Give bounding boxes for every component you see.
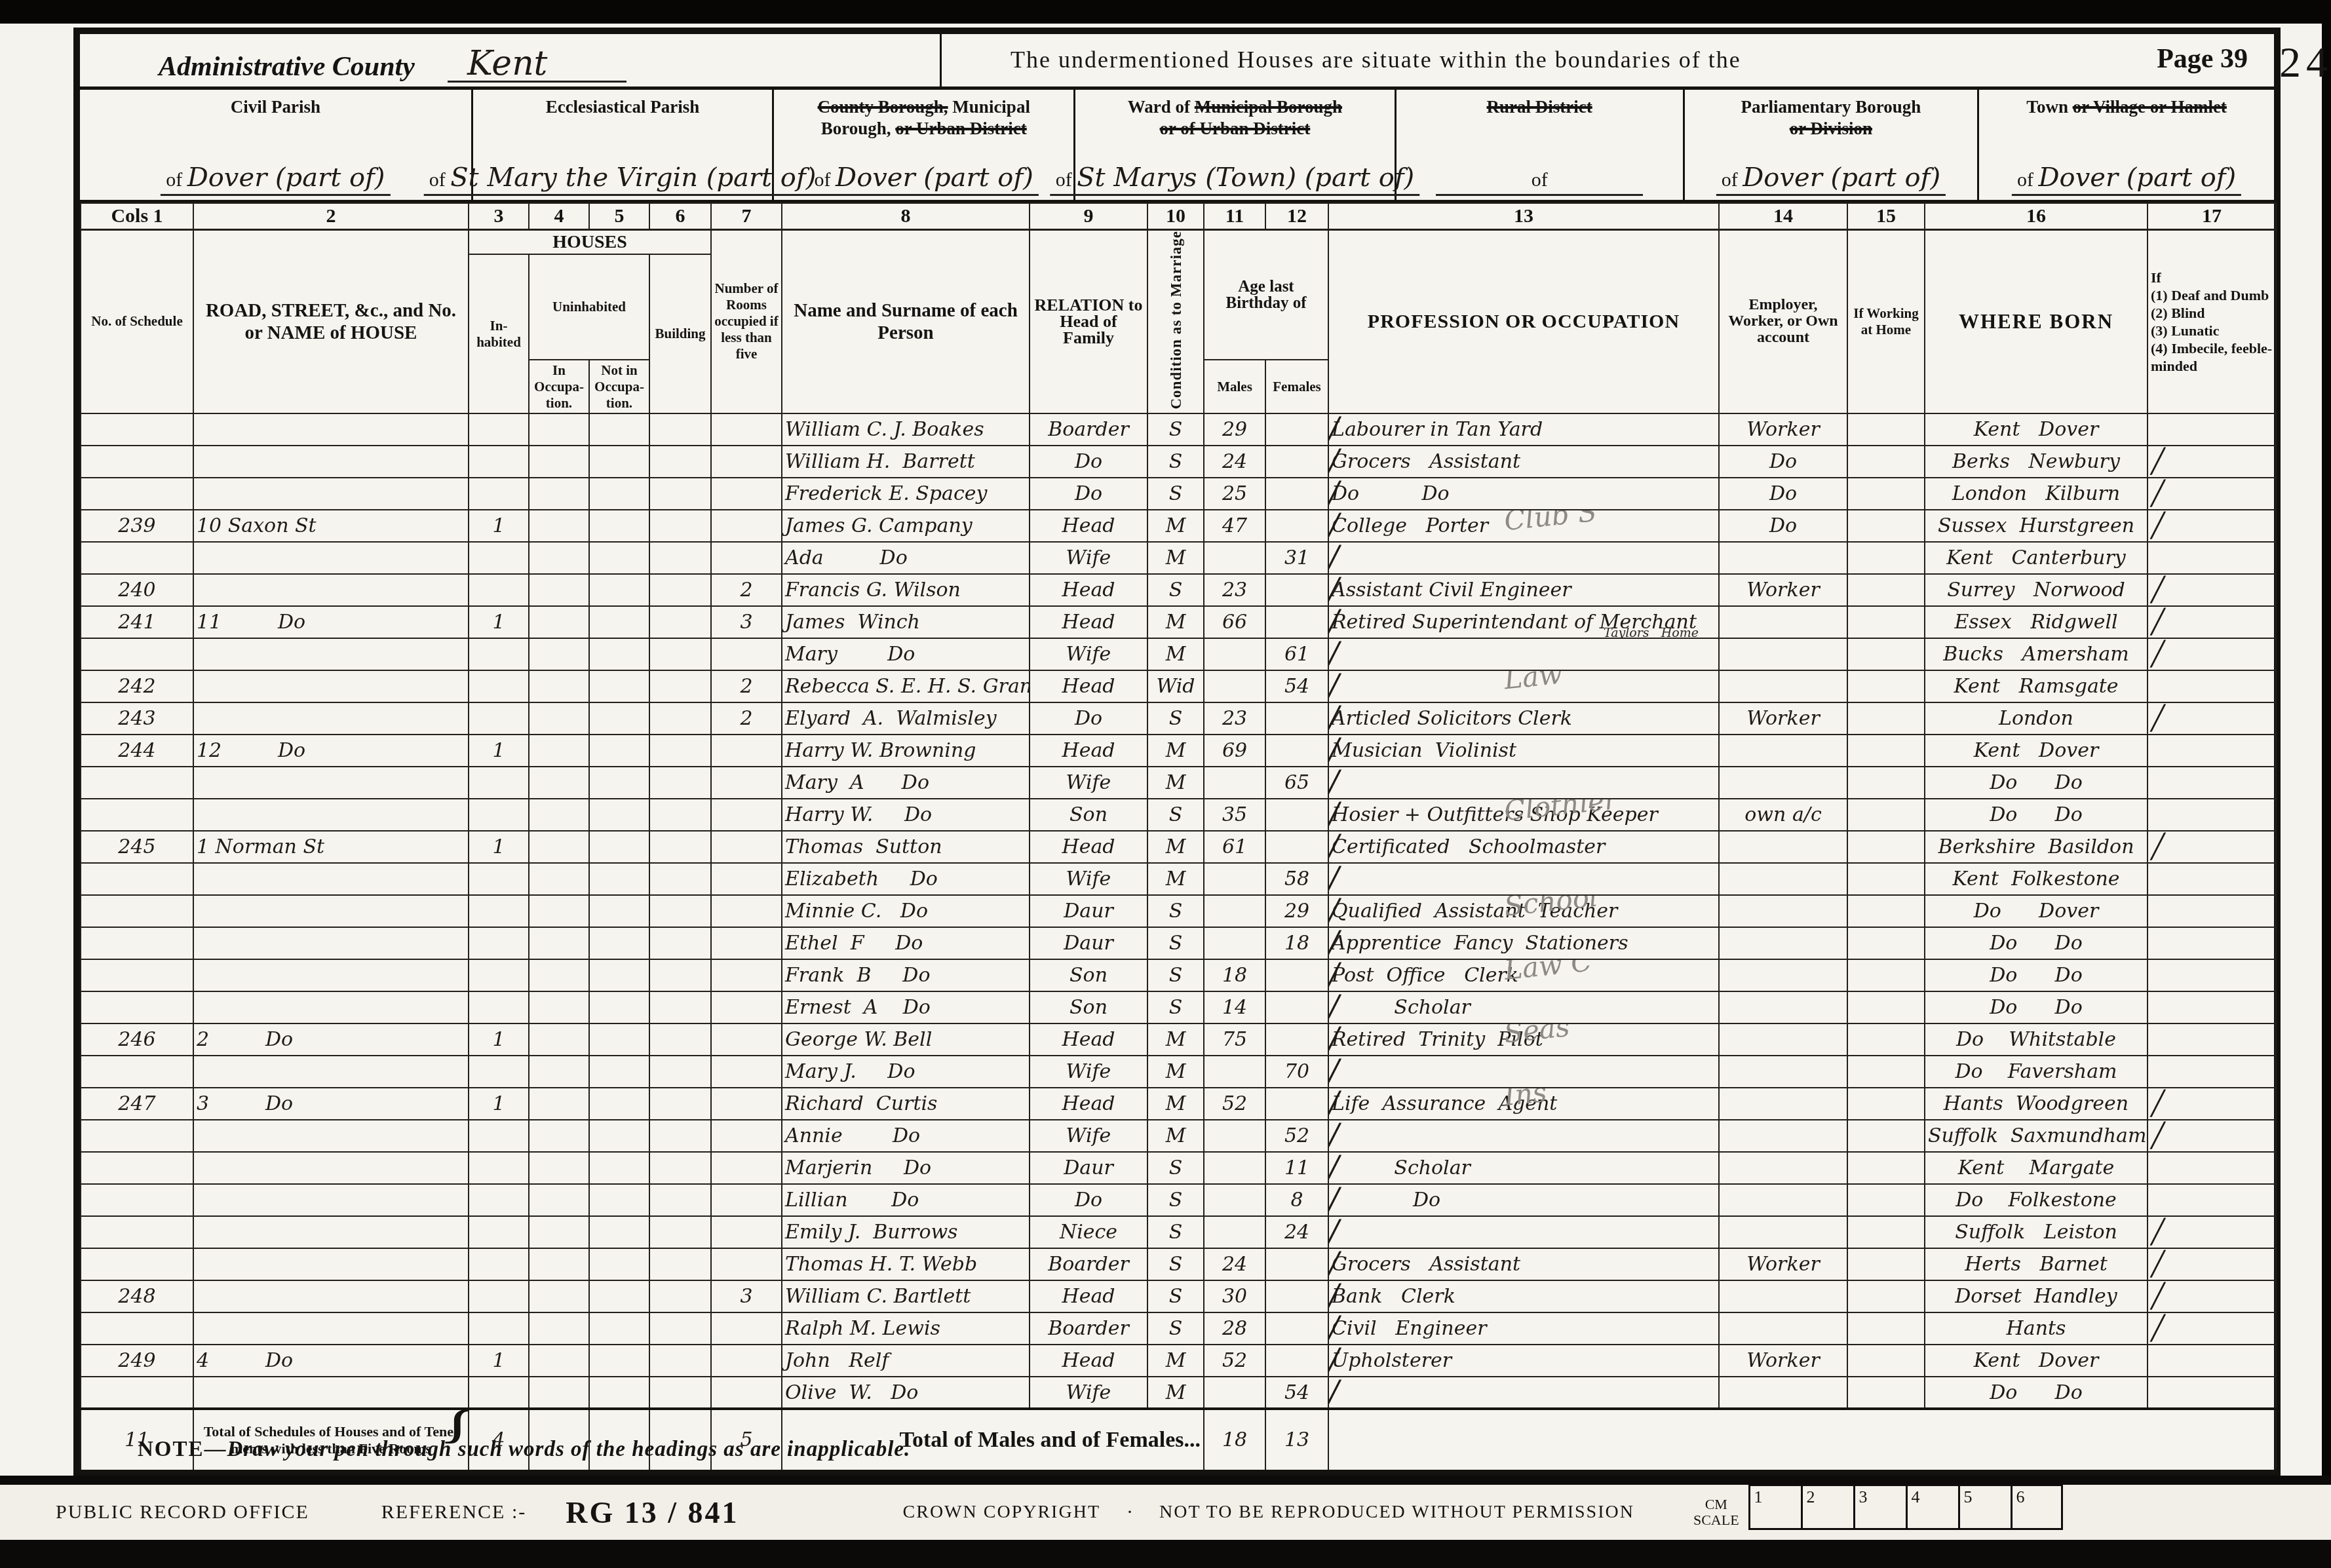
cell-inhabited: [469, 767, 529, 799]
cell-condition: S: [1147, 1184, 1204, 1216]
cell-road: [193, 1280, 469, 1312]
household-separator-mark: ╲╲: [777, 542, 782, 571]
cell-schedule: 244: [81, 735, 193, 767]
cell-profession: Retired Trinity PilotSeas: [1328, 1023, 1719, 1056]
cell-inhabited: [469, 702, 529, 735]
cell-profession: [1328, 1120, 1719, 1152]
cell-name: Francis G. Wilson: [782, 574, 1030, 606]
admin-county-value: Kent: [448, 47, 626, 83]
col-num-1: Cols 1: [81, 203, 193, 229]
cell-infirmity: ╱: [2148, 1280, 2276, 1312]
table-row: Frank B DoSonS18Post Office ClerkLaw CDo…: [81, 959, 2276, 991]
county-borough-box: County Borough, Municipal Borough, or Ur…: [774, 90, 1075, 200]
ecclesiastical-parish-label: Ecclesiastical Parish: [546, 97, 700, 117]
cell-rooms: [711, 927, 782, 959]
household-separator-mark: ╲╲: [777, 1056, 782, 1084]
cell-rooms: ╲╲: [711, 799, 782, 831]
cell-profession: Upholsterer: [1328, 1345, 1719, 1377]
cell-schedule: [81, 478, 193, 510]
cell-building: [649, 1377, 711, 1409]
cell-infirmity: ╱: [2148, 446, 2276, 478]
cell-in-occupation: [529, 735, 589, 767]
ecclesiastical-parish-box: Ecclesiastical Parish of St Mary the Vir…: [473, 90, 775, 200]
column-header-condition: Condition as to Marriage: [1147, 229, 1204, 413]
brace-glyph: }: [438, 1409, 469, 1415]
cell-born: Do Do: [1925, 767, 2148, 799]
household-separator-mark: ╲╲: [777, 799, 782, 828]
cell-home: [1847, 991, 1925, 1023]
cell-not-in-occupation: [589, 1023, 649, 1056]
cell-infirmity: [2148, 413, 2276, 446]
column-header-road: ROAD, STREET, &c., and No. or NAME of HO…: [193, 229, 469, 413]
cell-schedule: [81, 638, 193, 670]
cell-age-females: 18: [1265, 927, 1328, 959]
cell-infirmity: ╱: [2148, 1216, 2276, 1248]
cell-infirmity: [2148, 1056, 2276, 1088]
cell-name: Marjerin Do: [782, 1152, 1030, 1184]
cell-inhabited: [469, 1248, 529, 1280]
cell-age-females: [1265, 574, 1328, 606]
cell-rooms: ╲╲: [711, 1056, 782, 1088]
cell-inhabited: [469, 1184, 529, 1216]
cell-employer: [1719, 542, 1847, 574]
cell-age-females: 58: [1265, 863, 1328, 895]
cell-employer: [1719, 670, 1847, 702]
cell-building: [649, 413, 711, 446]
cell-home: [1847, 767, 1925, 799]
cell-name: Mary J. Do: [782, 1056, 1030, 1088]
cell-infirmity: ╱: [2148, 831, 2276, 863]
column-header-females: Females: [1265, 360, 1328, 413]
cell-employer: Do: [1719, 478, 1847, 510]
rural-district-label: Rural District: [1397, 96, 1683, 118]
cell-not-in-occupation: [589, 413, 649, 446]
cell-inhabited: [469, 1056, 529, 1088]
cell-name: Olive W. Do: [782, 1377, 1030, 1409]
cell-condition: M: [1147, 831, 1204, 863]
cell-inhabited: [469, 1280, 529, 1312]
cell-inhabited: [469, 446, 529, 478]
cell-profession: [1328, 638, 1719, 670]
cell-in-occupation: [529, 1248, 589, 1280]
cell-name: Mary Do: [782, 638, 1030, 670]
cell-born: Kent Ramsgate: [1925, 670, 2148, 702]
cell-employer: [1719, 927, 1847, 959]
cell-building: [649, 1248, 711, 1280]
cell-schedule: 247: [81, 1088, 193, 1120]
cell-condition: S: [1147, 1152, 1204, 1184]
cell-condition: S: [1147, 991, 1204, 1023]
table-row: 2402╲╲Francis G. WilsonHeadS23Assistant …: [81, 574, 2276, 606]
cell-not-in-occupation: [589, 959, 649, 991]
civil-parish-label: Civil Parish: [231, 97, 320, 117]
cell-relation: Daur: [1030, 895, 1147, 927]
cell-rooms: [711, 446, 782, 478]
cell-profession: Grocers Assistant: [1328, 446, 1719, 478]
table-row: Mary A DoWifeM65Do Do: [81, 767, 2276, 799]
cell-schedule: [81, 959, 193, 991]
col-num-9: 9: [1030, 203, 1147, 229]
cell-condition: M: [1147, 638, 1204, 670]
cell-age-males: 24: [1204, 1248, 1265, 1280]
cell-building: [649, 1345, 711, 1377]
table-row: ╲╲Ada DoWifeM31Kent Canterbury: [81, 542, 2276, 574]
cell-employer: [1719, 606, 1847, 638]
cell-in-occupation: [529, 413, 589, 446]
cell-building: [649, 510, 711, 542]
cell-road: [193, 638, 469, 670]
cell-in-occupation: [529, 670, 589, 702]
cell-age-females: 54: [1265, 1377, 1328, 1409]
cell-schedule: [81, 799, 193, 831]
table-row: ╲╲Mary DoWifeM61Bucks Amersham╱: [81, 638, 2276, 670]
cell-age-males: 52: [1204, 1088, 1265, 1120]
cell-employer: [1719, 1184, 1847, 1216]
cell-employer: [1719, 1312, 1847, 1345]
cell-home: [1847, 446, 1925, 478]
cell-rooms: [711, 831, 782, 863]
cell-born: London: [1925, 702, 2148, 735]
cell-schedule: [81, 542, 193, 574]
cell-home: [1847, 799, 1925, 831]
cell-age-females: 70: [1265, 1056, 1328, 1088]
cell-age-males: [1204, 1216, 1265, 1248]
cell-schedule: 240: [81, 574, 193, 606]
cell-born: Suffolk Saxmundham: [1925, 1120, 2148, 1152]
col-num-4: 4: [529, 203, 589, 229]
col-num-7: 7: [711, 203, 782, 229]
cell-profession: Musician Violinist: [1328, 735, 1719, 767]
cell-born: Bucks Amersham: [1925, 638, 2148, 670]
cell-age-males: 35: [1204, 799, 1265, 831]
cell-employer: [1719, 1120, 1847, 1152]
cell-inhabited: [469, 638, 529, 670]
separator-dot: ·: [1127, 1501, 1133, 1523]
footnote: NOTE—Draw your pen through such words of…: [138, 1438, 910, 1462]
cell-born: Berkshire Basildon: [1925, 831, 2148, 863]
cell-born: Kent Folkestone: [1925, 863, 2148, 895]
cell-building: [649, 702, 711, 735]
cell-building: [649, 927, 711, 959]
cell-employer: [1719, 1216, 1847, 1248]
cell-not-in-occupation: [589, 510, 649, 542]
table-row: 23910 Saxon St1James G. CampanyHeadM47Co…: [81, 510, 2276, 542]
cell-condition: S: [1147, 1312, 1204, 1345]
household-separator-mark: ╲╲: [777, 638, 782, 667]
cell-in-occupation: [529, 863, 589, 895]
cell-not-in-occupation: [589, 1152, 649, 1184]
cell-in-occupation: [529, 446, 589, 478]
cell-building: [649, 1088, 711, 1120]
col-num-16: 16: [1925, 203, 2148, 229]
cell-in-occupation: [529, 1152, 589, 1184]
cell-profession: Life Assurance AgentIns: [1328, 1088, 1719, 1120]
cell-rooms: ╲╲: [711, 1312, 782, 1345]
cell-infirmity: [2148, 735, 2276, 767]
cell-in-occupation: [529, 1120, 589, 1152]
cell-road: [193, 959, 469, 991]
cell-building: [649, 1056, 711, 1088]
cell-home: [1847, 542, 1925, 574]
archive-footer-content: PUBLIC RECORD OFFICE REFERENCE :- RG 13 …: [0, 1487, 2331, 1537]
cell-relation: Wife: [1030, 1056, 1147, 1088]
cell-age-males: [1204, 670, 1265, 702]
cell-road: [193, 574, 469, 606]
cell-born: Dorset Handley: [1925, 1280, 2148, 1312]
cell-age-females: [1265, 1280, 1328, 1312]
cell-infirmity: [2148, 959, 2276, 991]
cell-age-males: 23: [1204, 574, 1265, 606]
cell-name: Minnie C. Do: [782, 895, 1030, 927]
table-row: Emily J. BurrowsNieceS24Suffolk Leiston╱: [81, 1216, 2276, 1248]
cell-in-occupation: [529, 1216, 589, 1248]
cell-employer: Worker: [1719, 1345, 1847, 1377]
cell-employer: [1719, 1377, 1847, 1409]
cell-not-in-occupation: [589, 1216, 649, 1248]
ecclesiastical-parish-value: of St Mary the Virgin (part of): [424, 163, 822, 196]
cell-schedule: [81, 1312, 193, 1345]
cell-profession: Apprentice Fancy Stationers: [1328, 927, 1719, 959]
table-row: Annie DoWifeM52Suffolk Saxmundham╱: [81, 1120, 2276, 1152]
cell-employer: [1719, 991, 1847, 1023]
cell-age-males: [1204, 927, 1265, 959]
cell-age-males: 23: [1204, 702, 1265, 735]
cell-schedule: 249: [81, 1345, 193, 1377]
cell-in-occupation: [529, 1280, 589, 1312]
cell-age-females: [1265, 1248, 1328, 1280]
rural-district-box: Rural District of: [1397, 90, 1685, 200]
cell-rooms: ╲╲: [711, 478, 782, 510]
cell-rooms: ╲╲: [711, 638, 782, 670]
cell-not-in-occupation: [589, 863, 649, 895]
cell-relation: Wife: [1030, 1377, 1147, 1409]
cell-born: Essex Ridgwell: [1925, 606, 2148, 638]
cell-road: [193, 991, 469, 1023]
cell-inhabited: [469, 1216, 529, 1248]
census-table: Cols 1 2 3 4 5 6 7 8 9 10 11 12 13 14 15…: [80, 202, 2277, 1474]
cell-inhabited: 1: [469, 510, 529, 542]
column-header-in-occupation: In Occupa-tion.: [529, 360, 589, 413]
cell-rooms: [711, 895, 782, 927]
column-header-uninhabited: Uninhabited: [529, 254, 649, 360]
cell-age-females: [1265, 413, 1328, 446]
cell-home: [1847, 1023, 1925, 1056]
cell-building: [649, 1120, 711, 1152]
cell-relation: Do: [1030, 446, 1147, 478]
cell-in-occupation: [529, 831, 589, 863]
census-form: Administrative County Kent The underment…: [73, 28, 2281, 1480]
cell-home: [1847, 1088, 1925, 1120]
column-header-inhabited: In-habited: [469, 254, 529, 413]
cell-building: [649, 1312, 711, 1345]
cell-age-females: [1265, 510, 1328, 542]
record-office-label: PUBLIC RECORD OFFICE: [56, 1501, 309, 1523]
cell-in-occupation: [529, 478, 589, 510]
cell-infirmity: [2148, 799, 2276, 831]
cell-road: 12 Do: [193, 735, 469, 767]
table-row: ╲╲Mary J. DoWifeM70Do Faversham: [81, 1056, 2276, 1088]
cell-condition: M: [1147, 1377, 1204, 1409]
cell-age-males: [1204, 1056, 1265, 1088]
cell-condition: M: [1147, 735, 1204, 767]
cell-profession: Hosier + Outfitters Shop KeeperClothier: [1328, 799, 1719, 831]
census-table-header: Cols 1 2 3 4 5 6 7 8 9 10 11 12 13 14 15…: [81, 203, 2276, 413]
cell-not-in-occupation: [589, 1248, 649, 1280]
cell-employer: Worker: [1719, 574, 1847, 606]
cell-relation: Head: [1030, 1088, 1147, 1120]
cell-inhabited: [469, 1312, 529, 1345]
cell-infirmity: ╱: [2148, 638, 2276, 670]
cell-total-females: 13: [1265, 1409, 1328, 1472]
cell-relation: Do: [1030, 478, 1147, 510]
cell-relation: Wife: [1030, 863, 1147, 895]
cell-born: Kent Canterbury: [1925, 542, 2148, 574]
cell-building: [649, 478, 711, 510]
cell-schedule: [81, 1184, 193, 1216]
cell-road: [193, 1216, 469, 1248]
cell-name: William C. J. Boakes: [782, 413, 1030, 446]
cell-road: 10 Saxon St: [193, 510, 469, 542]
cell-road: [193, 413, 469, 446]
cell-home: [1847, 863, 1925, 895]
cell-not-in-occupation: [589, 767, 649, 799]
cell-condition: S: [1147, 1248, 1204, 1280]
cell-condition: S: [1147, 478, 1204, 510]
civil-parish-value: of Dover (part of): [161, 163, 390, 196]
cell-infirmity: [2148, 1345, 2276, 1377]
column-header-not-in-occupation: Not in Occupa-tion.: [589, 360, 649, 413]
cell-building: [649, 895, 711, 927]
cell-born: Berks Newbury: [1925, 446, 2148, 478]
cell-profession: Articled Solicitors Clerk: [1328, 702, 1719, 735]
cell-home: [1847, 1345, 1925, 1377]
cell-road: 4 Do: [193, 1345, 469, 1377]
cell-building: [649, 670, 711, 702]
cell-not-in-occupation: [589, 638, 649, 670]
cell-condition: M: [1147, 863, 1204, 895]
cell-relation: Head: [1030, 606, 1147, 638]
cell-employer: Worker: [1719, 702, 1847, 735]
divider-line: [0, 1476, 2331, 1485]
reference-number: RG 13 / 841: [566, 1495, 739, 1530]
scale-mark: 6: [2011, 1484, 2063, 1530]
cell-name: Harry W. Browning: [782, 735, 1030, 767]
cell-name: Ethel F Do: [782, 927, 1030, 959]
cell-rooms: ╲╲: [711, 991, 782, 1023]
column-headers-row: No. of Schedule ROAD, STREET, &c., and N…: [81, 229, 2276, 254]
cell-condition: M: [1147, 767, 1204, 799]
cell-age-males: 30: [1204, 1280, 1265, 1312]
cell-age-females: [1265, 735, 1328, 767]
cell-in-occupation: [529, 702, 589, 735]
column-header-profession: PROFESSION OR OCCUPATION: [1328, 229, 1719, 413]
cell-not-in-occupation: [589, 702, 649, 735]
cell-in-occupation: [529, 1345, 589, 1377]
cell-building: [649, 1152, 711, 1184]
cell-relation: Wife: [1030, 542, 1147, 574]
rural-district-value: of: [1436, 163, 1643, 196]
cell-employer: [1719, 735, 1847, 767]
parliamentary-borough-box: Parliamentary Borough or Division of Dov…: [1685, 90, 1980, 200]
cell-age-females: [1265, 1023, 1328, 1056]
col-num-3: 3: [469, 203, 529, 229]
column-header-infirmity: If (1) Deaf and Dumb (2) Blind (3) Lunat…: [2148, 229, 2276, 413]
cell-not-in-occupation: [589, 1312, 649, 1345]
cell-condition: S: [1147, 927, 1204, 959]
cell-employer: Do: [1719, 510, 1847, 542]
col-num-6: 6: [649, 203, 711, 229]
cell-profession: [1328, 1377, 1719, 1409]
cell-name: Ernest A Do: [782, 991, 1030, 1023]
cell-not-in-occupation: [589, 606, 649, 638]
household-separator-mark: ╲╲: [777, 478, 782, 507]
cell-building: [649, 735, 711, 767]
cell-age-males: 14: [1204, 991, 1265, 1023]
cell-infirmity: ╱: [2148, 478, 2276, 510]
cell-home: [1847, 478, 1925, 510]
column-header-name: Name and Surname of each Person: [782, 229, 1030, 413]
cell-home: [1847, 638, 1925, 670]
cell-schedule: 246: [81, 1023, 193, 1056]
household-separator-mark: ╲╲: [777, 991, 782, 1020]
cell-inhabited: [469, 895, 529, 927]
cell-infirmity: [2148, 767, 2276, 799]
cell-rooms: [711, 959, 782, 991]
cell-condition: S: [1147, 799, 1204, 831]
cell-age-females: 31: [1265, 542, 1328, 574]
cell-inhabited: [469, 670, 529, 702]
cm-scale-label: CM SCALE: [1693, 1497, 1739, 1528]
cell-name: Elyard A. Walmisley: [782, 702, 1030, 735]
cell-relation: Son: [1030, 991, 1147, 1023]
cell-inhabited: [469, 542, 529, 574]
cell-road: [193, 478, 469, 510]
cell-inhabited: 1: [469, 1345, 529, 1377]
civil-parish-box: Civil Parish of Dover (part of): [80, 90, 473, 200]
cell-road: [193, 863, 469, 895]
cell-road: [193, 799, 469, 831]
household-separator-mark: ╲╲: [777, 1248, 782, 1277]
cell-schedule: [81, 413, 193, 446]
cell-in-occupation: [529, 542, 589, 574]
cell-relation: Head: [1030, 831, 1147, 863]
cell-profession: Scholar: [1328, 991, 1719, 1023]
cell-name: Lillian Do: [782, 1184, 1030, 1216]
cell-schedule: [81, 446, 193, 478]
cell-infirmity: ╱: [2148, 574, 2276, 606]
cell-age-males: 28: [1204, 1312, 1265, 1345]
cell-relation: Boarder: [1030, 1312, 1147, 1345]
cell-age-females: 11: [1265, 1152, 1328, 1184]
cell-not-in-occupation: [589, 991, 649, 1023]
cell-condition: M: [1147, 542, 1204, 574]
cell-in-occupation: [529, 959, 589, 991]
cell-schedule: [81, 1120, 193, 1152]
cell-age-males: [1204, 895, 1265, 927]
cell-home: [1847, 1184, 1925, 1216]
cell-rooms: 2╲╲: [711, 670, 782, 702]
reference-label: REFERENCE :-: [381, 1501, 527, 1523]
cell-relation: Head: [1030, 510, 1147, 542]
col-num-15: 15: [1847, 203, 1925, 229]
household-separator-mark: ╲╲: [777, 670, 782, 699]
cell-home: [1847, 831, 1925, 863]
admin-county-box: Administrative County Kent: [80, 34, 942, 86]
cell-profession: Do: [1328, 1184, 1719, 1216]
cell-condition: S: [1147, 446, 1204, 478]
cell-age-males: [1204, 1120, 1265, 1152]
cell-in-occupation: [529, 1023, 589, 1056]
